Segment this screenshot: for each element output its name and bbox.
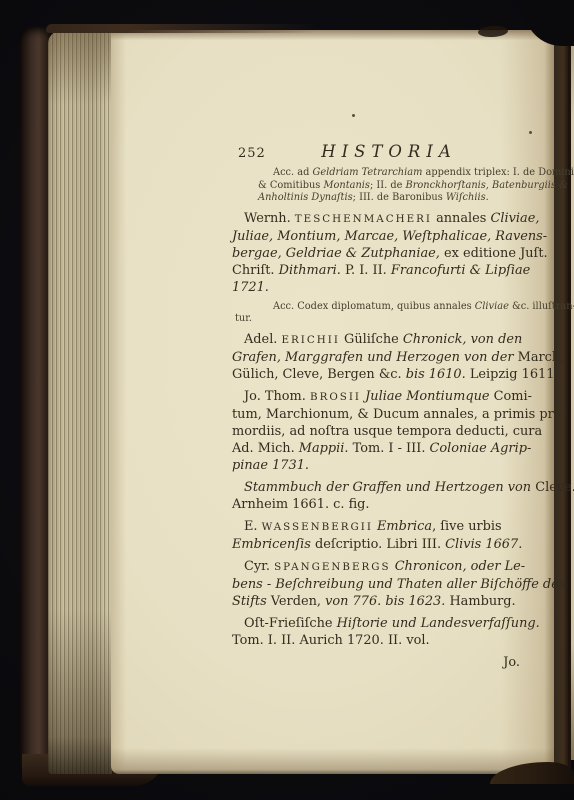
text-segment: Stammbuch der Graffen und Hertzogen von	[244, 480, 535, 495]
text-segment: Grafen, Marggrafen und Herzogen von der	[232, 350, 518, 365]
text-segment: bens - Beſchreibung und Thaten aller Biſ…	[232, 577, 565, 592]
annotation-note: Acc. Codex diplomatum, quibus annales Cl…	[235, 301, 536, 326]
text-line: Tom. I. II. Aurich 1720. II. vol.	[232, 632, 536, 649]
text-segment: P. I. II.	[341, 263, 391, 278]
text-segment: Tom. I. II. Aurich 1720. II. vol.	[232, 633, 430, 648]
text-segment: BROSII	[310, 391, 361, 403]
book-photo: 252 HISTORIA Acc. ad Geldriam Tetrarchia…	[0, 0, 574, 800]
text-segment: bis 1610.	[406, 367, 466, 382]
text-segment: Wernh.	[244, 211, 295, 226]
text-segment: bergae, Geldriae & Zutphaniae,	[232, 246, 440, 261]
text-line: Stammbuch der Graffen und Hertzogen von …	[232, 479, 536, 496]
text-segment: Oſt-Frieſiſche	[244, 616, 337, 631]
page-header: 252 HISTORIA	[232, 142, 536, 162]
text-segment: Tom. I - III.	[349, 441, 430, 456]
text-segment: Coloniae Agrip-	[430, 441, 532, 456]
text-segment: Cliviae,	[491, 211, 540, 226]
text-segment: Hamburg.	[445, 594, 515, 609]
text-segment: .	[518, 537, 522, 552]
text-line: Embricenſis deſcriptio. Libri III. Clivi…	[232, 536, 536, 553]
text-segment: Comi-	[490, 389, 532, 404]
text-segment: Embrica	[373, 519, 432, 534]
blemish	[352, 114, 355, 117]
text-segment: annales	[432, 211, 491, 226]
text-segment: .	[486, 192, 489, 203]
text-line: Ad. Mich. Mappii. Tom. I - III. Coloniae…	[232, 440, 536, 457]
top-page-edge-shadow	[46, 24, 316, 33]
text-line: Anholtinis Dynaſtis; III. de Baronibus W…	[258, 192, 536, 205]
text-segment: Gülich, Cleve, Bergen &c.	[232, 367, 406, 382]
text-line: Juliae, Montium, Marcae, Weſtphalicae, R…	[232, 228, 536, 245]
text-segment: Cyr.	[244, 559, 274, 574]
text-segment: Chronick, von den	[403, 332, 522, 347]
text-segment: Leipzig 1611.	[466, 367, 559, 382]
text-segment: Arnheim 1661. c. fig.	[232, 497, 370, 512]
text-segment: tum, Marchionum, & Ducum annales, a prim…	[232, 407, 562, 422]
text-segment: tur.	[235, 313, 252, 324]
bibliography-entry: E. WASSENBERGII Embrica, ſive urbisEmbri…	[232, 518, 536, 553]
book-cover-edge	[20, 27, 50, 783]
text-segment: Chriſt.	[232, 263, 279, 278]
text-segment: Cleve.	[535, 480, 574, 495]
text-line: Wernh. TESCHENMACHERI annales Cliviae,	[232, 210, 536, 228]
text-line: Oſt-Frieſiſche Hiſtorie und Landesverfaſ…	[232, 615, 536, 632]
text-line: Acc. ad Geldriam Tetrarchiam appendix tr…	[258, 167, 536, 180]
running-title: HISTORIA	[232, 142, 536, 161]
text-segment: ; III. de Baronibus	[353, 192, 446, 203]
text-segment: Wiſchiis	[446, 192, 486, 203]
text-segment: Acc. Codex diplomatum, quibus annales	[273, 301, 475, 312]
text-segment: Geldriam Tetrarchiam	[313, 167, 423, 178]
bibliography-entry: Cyr. SPANGENBERGS Chronicon, oder Le-ben…	[232, 558, 536, 610]
text-segment: Hiſtorie und Landesverfaſſung.	[337, 616, 540, 631]
text-segment: deſcriptio. Libri III.	[311, 537, 445, 552]
text-segment: ex editione Juſt.	[440, 246, 548, 261]
text-segment: Juliae Montiumque	[361, 389, 490, 404]
text-segment: ERICHII	[282, 334, 340, 346]
bibliography-entry: Wernh. TESCHENMACHERI annales Cliviae,Ju…	[232, 210, 536, 296]
text-segment: Dithmari.	[279, 263, 341, 278]
text-line: tur.	[235, 313, 536, 326]
text-segment: &c. illuſtran-	[509, 301, 574, 312]
text-line: Grafen, Marggrafen und Herzogen von der …	[232, 349, 536, 366]
text-segment: Chronicon, oder Le-	[391, 559, 526, 574]
text-line: pinae 1731.	[232, 457, 536, 474]
text-segment: Verden,	[267, 594, 325, 609]
text-segment: Clivis 1667	[445, 537, 518, 552]
text-segment: Embricenſis	[232, 537, 311, 552]
annotation-note: Acc. ad Geldriam Tetrarchiam appendix tr…	[258, 167, 536, 205]
text-segment: Ad. Mich.	[232, 441, 299, 456]
text-segment: Jo. Thom.	[244, 389, 310, 404]
text-line: Stifts Verden, von 776. bis 1623. Hambur…	[232, 593, 536, 610]
text-segment: SPANGENBERGS	[274, 561, 391, 573]
text-segment: E.	[244, 519, 262, 534]
entries: Acc. ad Geldriam Tetrarchiam appendix tr…	[232, 167, 536, 649]
text-segment: Stifts	[232, 594, 267, 609]
text-line: Gülich, Cleve, Bergen &c. bis 1610. Leip…	[232, 366, 536, 383]
blemish	[529, 131, 532, 134]
bibliography-entry: Adel. ERICHII Güliſche Chronick, von den…	[232, 331, 536, 383]
text-line: Arnheim 1661. c. fig.	[232, 496, 536, 513]
page-number: 252	[238, 146, 266, 161]
text-segment: 1721.	[232, 280, 269, 295]
text-segment: Mappii.	[299, 441, 349, 456]
bibliography-entry: Oſt-Frieſiſche Hiſtorie und Landesverfaſ…	[232, 615, 536, 649]
bibliography-entry: Stammbuch der Graffen und Hertzogen von …	[232, 479, 536, 513]
text-line: Acc. Codex diplomatum, quibus annales Cl…	[235, 301, 536, 314]
bibliography-entry: Jo. Thom. BROSII Juliae Montiumque Comi-…	[232, 388, 536, 474]
text-line: Adel. ERICHII Güliſche Chronick, von den	[232, 331, 536, 349]
text-segment: Bronckhorſtanis, Batenburgiis &	[406, 180, 568, 191]
text-line: Jo. Thom. BROSII Juliae Montiumque Comi-	[232, 388, 536, 406]
text-segment: , ſive urbis	[432, 519, 502, 534]
text-segment: Güliſche	[340, 332, 403, 347]
text-segment: von 776. bis 1623.	[325, 594, 445, 609]
text-segment: Cliviae	[475, 301, 509, 312]
text-segment: TESCHENMACHERI	[295, 213, 432, 225]
text-segment: Juliae, Montium, Marcae, Weſtphalicae, R…	[232, 229, 547, 244]
text-segment: mordiis, ad noſtra usque tempora deducti…	[232, 424, 542, 439]
text-segment: pinae 1731.	[232, 458, 309, 473]
text-segment: Francofurti & Lipſiae	[391, 263, 530, 278]
text-block: 252 HISTORIA Acc. ad Geldriam Tetrarchia…	[232, 142, 536, 670]
gutter-shadow	[544, 30, 568, 774]
text-segment: Montanis	[323, 180, 370, 191]
text-line: Chriſt. Dithmari. P. I. II. Francofurti …	[232, 262, 536, 279]
text-line: E. WASSENBERGII Embrica, ſive urbis	[232, 518, 536, 536]
text-segment: Marck,	[518, 350, 564, 365]
text-segment: appendix triplex: I. de Dominis	[422, 167, 574, 178]
text-line: tum, Marchionum, & Ducum annales, a prim…	[232, 406, 536, 423]
text-segment: ; II. de	[370, 180, 406, 191]
text-segment: WASSENBERGII	[262, 521, 373, 533]
catchword: Jo.	[232, 655, 536, 670]
text-line: bens - Beſchreibung und Thaten aller Biſ…	[232, 576, 536, 593]
text-line: bergae, Geldriae & Zutphaniae, ex editio…	[232, 245, 536, 262]
text-segment: Adel.	[244, 332, 282, 347]
text-segment: & Comitibus	[258, 180, 323, 191]
page-stack-fore-edge	[48, 30, 112, 774]
text-segment: Acc. ad	[273, 167, 313, 178]
text-line: & Comitibus Montanis; II. de Bronckhorſt…	[258, 180, 536, 193]
text-line: 1721.	[232, 279, 536, 296]
text-line: Cyr. SPANGENBERGS Chronicon, oder Le-	[232, 558, 536, 576]
text-segment: Anholtinis Dynaſtis	[258, 192, 353, 203]
text-line: mordiis, ad noſtra usque tempora deducti…	[232, 423, 536, 440]
